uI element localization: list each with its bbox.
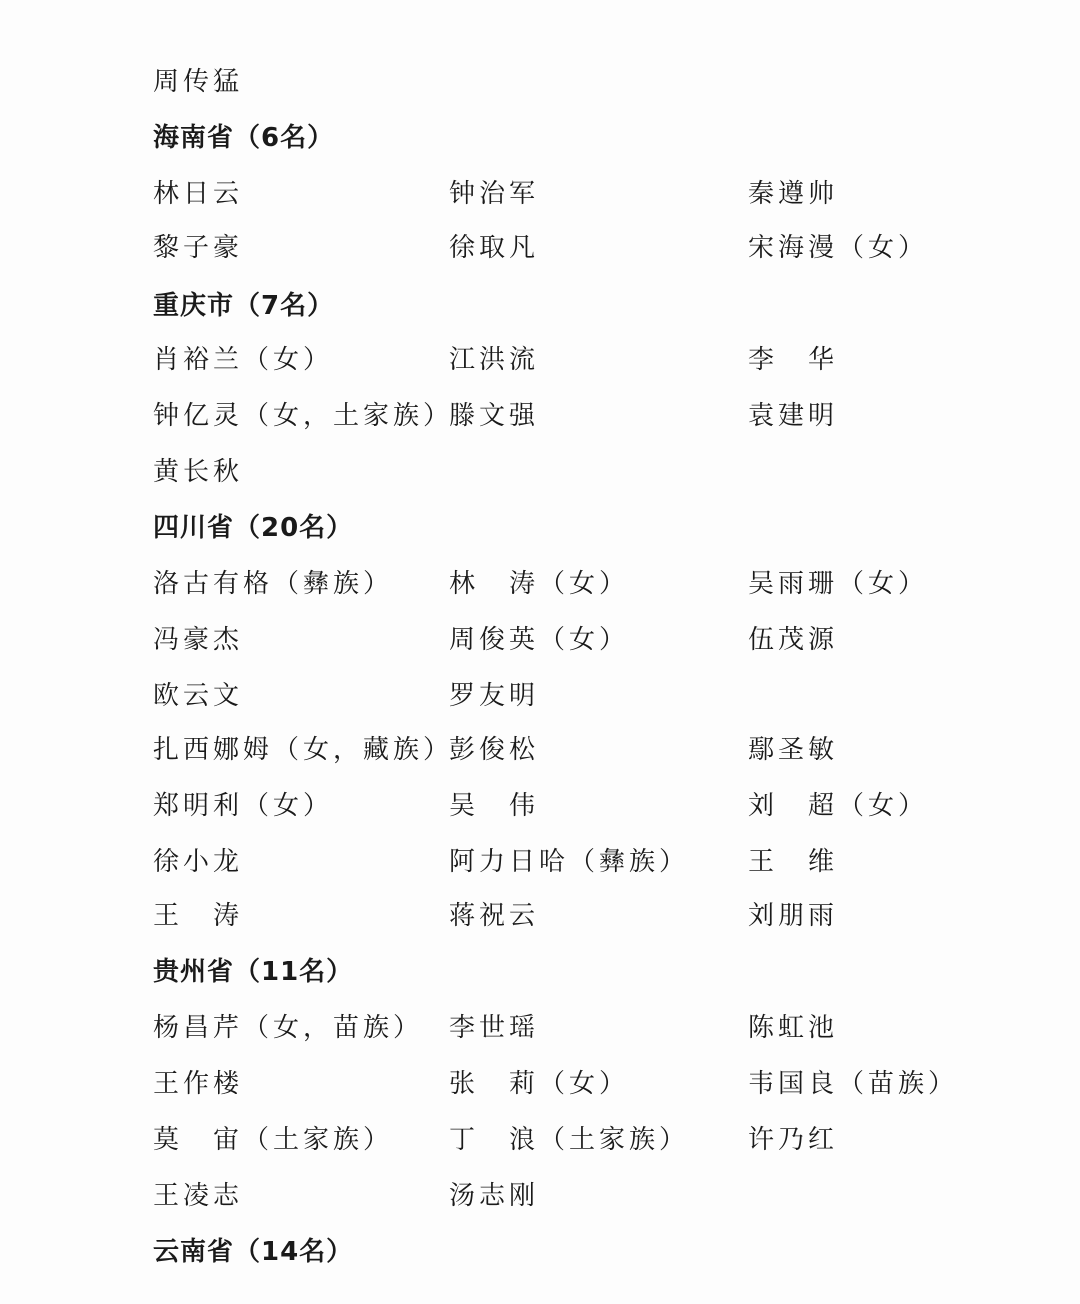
name-entry: 李世瑶 [449, 1012, 539, 1044]
name-entry: 彭俊松 [449, 734, 539, 766]
name-entry: 王作楼 [153, 1068, 243, 1100]
document-page: 周传猛海南省（6名）林日云钟治军秦遵帅黎子豪徐取凡宋海漫（女）重庆市（7名）肖裕… [0, 0, 1080, 1304]
name-entry: 黄长秋 [153, 456, 243, 488]
name-entry: 王 维 [748, 846, 838, 878]
name-entry: 郑明利（女） [153, 790, 333, 822]
name-entry: 王凌志 [153, 1180, 243, 1212]
name-entry: 林 涛（女） [449, 568, 629, 600]
name-entry: 汤志刚 [449, 1180, 539, 1212]
name-entry: 宋海漫（女） [748, 232, 928, 264]
name-entry: 伍茂源 [748, 624, 838, 656]
name-entry: 张 莉（女） [449, 1068, 629, 1100]
name-entry: 欧云文 [153, 680, 243, 712]
name-entry: 江洪流 [449, 344, 539, 376]
name-entry: 李 华 [748, 344, 838, 376]
name-entry: 王 涛 [153, 900, 243, 932]
name-entry: 吴雨珊（女） [748, 568, 928, 600]
name-entry: 许乃红 [748, 1124, 838, 1156]
name-entry: 周俊英（女） [449, 624, 629, 656]
name-entry: 莫 宙（土家族） [153, 1124, 393, 1156]
name-entry: 徐取凡 [449, 232, 539, 264]
name-entry: 黎子豪 [153, 232, 243, 264]
name-entry: 丁 浪（土家族） [449, 1124, 689, 1156]
name-entry: 徐小龙 [153, 846, 243, 878]
name-entry: 韦国良（苗族） [748, 1068, 958, 1100]
province-heading: 云南省（14名） [153, 1236, 353, 1268]
name-entry: 刘朋雨 [748, 900, 838, 932]
name-entry: 冯豪杰 [153, 624, 243, 656]
name-entry: 鄢圣敏 [748, 734, 838, 766]
name-entry: 肖裕兰（女） [153, 344, 333, 376]
name-entry: 陈虹池 [748, 1012, 838, 1044]
name-entry: 林日云 [153, 178, 243, 210]
name-entry: 刘 超（女） [748, 790, 928, 822]
name-entry: 阿力日哈（彝族） [449, 846, 689, 878]
province-heading: 贵州省（11名） [153, 956, 353, 988]
province-heading: 重庆市（7名） [153, 290, 334, 322]
province-heading: 四川省（20名） [153, 512, 353, 544]
name-entry: 杨昌芹（女，苗族） [153, 1012, 423, 1044]
province-heading: 海南省（6名） [153, 122, 334, 154]
name-entry: 吴 伟 [449, 790, 539, 822]
name-entry: 袁建明 [748, 400, 838, 432]
name-entry: 蒋祝云 [449, 900, 539, 932]
name-entry: 秦遵帅 [748, 178, 838, 210]
name-entry: 洛古有格（彝族） [153, 568, 393, 600]
name-entry: 滕文强 [449, 400, 539, 432]
name-entry: 罗友明 [449, 680, 539, 712]
name-entry: 周传猛 [153, 66, 243, 98]
name-entry: 钟亿灵（女，土家族） [153, 400, 453, 432]
name-entry: 扎西娜姆（女，藏族） [153, 734, 453, 766]
name-entry: 钟治军 [449, 178, 539, 210]
